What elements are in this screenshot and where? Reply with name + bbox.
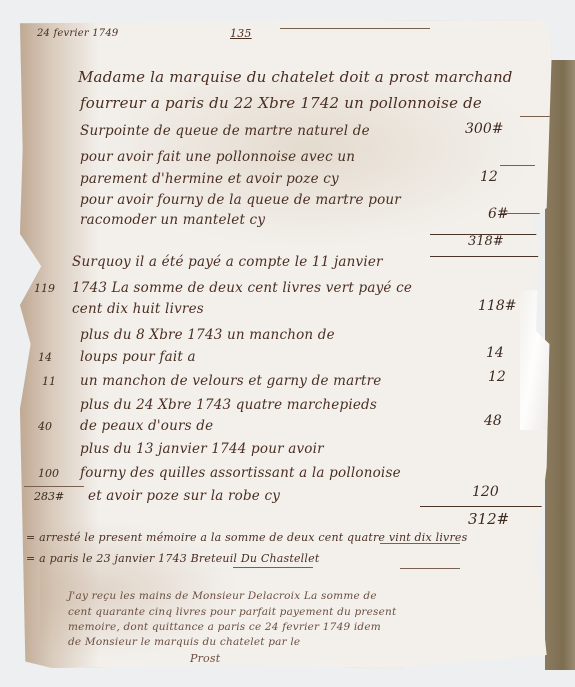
payment-line-7: plus du 24 Xbre 1743 quatre marchepieds <box>80 397 377 413</box>
margin-number: 119 <box>34 282 55 295</box>
amount-payment-6: 12 <box>488 369 506 385</box>
rule <box>520 116 550 117</box>
payment-line-11: et avoir poze sur la robe cy <box>88 488 280 504</box>
margin-number: 14 <box>38 351 52 364</box>
payment-line-1: Surquoy il a été payé a compte le 11 jan… <box>72 254 383 270</box>
header-rule <box>280 28 430 29</box>
header-date-note: 24 fevrier 1749 <box>37 28 118 39</box>
line-2: fourreur a paris du 22 Xbre 1742 un poll… <box>80 94 482 112</box>
manuscript-page: 24 fevrier 1749 135 Madame la marquise d… <box>20 20 552 668</box>
margin-number: 100 <box>38 467 59 480</box>
amount-payment-5: 14 <box>486 345 504 361</box>
subtotal: 318# <box>468 234 504 249</box>
receipt-line-3: memoire, dont quittance a paris ce 24 fe… <box>68 621 381 633</box>
payment-line-10: fourny des quilles assortissant a la pol… <box>80 465 401 481</box>
total: 312# <box>468 510 509 528</box>
payment-line-2: 1743 La somme de deux cent livres vert p… <box>72 280 412 296</box>
amount-payment-11: 120 <box>472 484 499 500</box>
receipt-line-1: J'ay reçu les mains de Monsieur Delacroi… <box>68 590 377 602</box>
line-3: Surpointe de queue de martre naturel de <box>80 123 370 139</box>
line-6: pour avoir fourny de la queue de martre … <box>80 192 401 208</box>
amount-payment-8: 48 <box>484 413 502 429</box>
amount-7: 6# <box>488 206 509 222</box>
margin-total: 283# <box>34 490 64 503</box>
total-rule <box>420 506 550 507</box>
subtotal-rule-bottom <box>430 256 550 257</box>
margin-total-rule <box>24 486 84 487</box>
payment-line-6: un manchon de velours et garny de martre <box>80 373 382 389</box>
rule <box>500 213 540 214</box>
amount-5: 12 <box>480 169 498 185</box>
rule <box>500 165 535 166</box>
amount-3: 300# <box>465 121 503 137</box>
payment-line-3: cent dix huit livres <box>72 301 204 317</box>
line-5: parement d'hermine et avoir poze cy <box>80 171 339 187</box>
payment-line-9: plus du 13 janvier 1744 pour avoir <box>80 441 324 457</box>
payment-line-8: de peaux d'ours de <box>80 418 213 434</box>
line-1: Madame la marquise du chatelet doit a pr… <box>78 68 513 86</box>
line-7: racomoder un mantelet cy <box>80 212 265 228</box>
line-4: pour avoir fait une pollonnoise avec un <box>80 149 355 165</box>
margin-number: 11 <box>42 375 56 388</box>
signature-underline <box>233 567 313 568</box>
folio-number: 135 <box>230 27 252 40</box>
receipt-line-2: cent quarante cinq livres pour parfait p… <box>68 606 396 618</box>
payment-line-5: loups pour fait a <box>80 349 196 365</box>
rule <box>380 543 460 544</box>
signature: Prost <box>190 652 220 665</box>
payment-line-4: plus du 8 Xbre 1743 un manchon de <box>80 327 335 343</box>
background-surface <box>545 60 575 670</box>
settlement-line-2: = a paris le 23 janvier 1743 Breteuil Du… <box>26 552 319 565</box>
rule <box>400 568 460 569</box>
amount-payment-3: 118# <box>478 298 516 314</box>
receipt-line-4: de Monsieur le marquis du chatelet par l… <box>68 636 300 648</box>
margin-number: 40 <box>38 420 52 433</box>
